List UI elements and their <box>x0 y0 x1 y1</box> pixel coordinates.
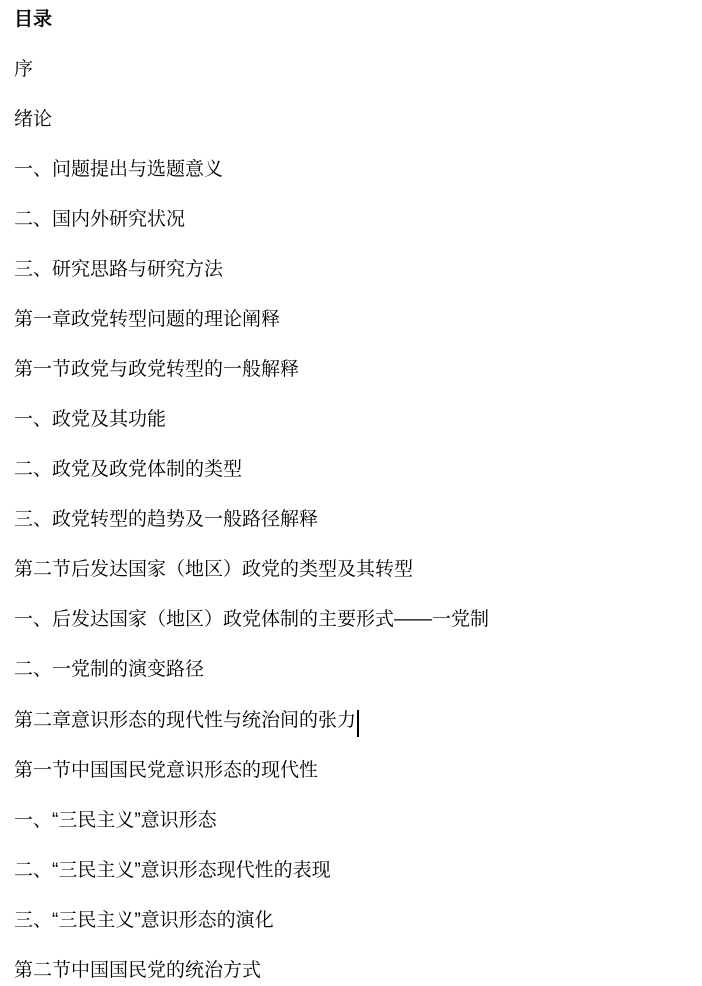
toc-entry-ch2-section-2[interactable]: 第二节中国国民党的统治方式 <box>14 958 688 984</box>
toc-entry-intro-2[interactable]: 二、国内外研究状况 <box>14 207 688 233</box>
toc-entry-text: 三、政党转型的趋势及一般路径解释 <box>14 509 318 530</box>
toc-entry-text: 二、一党制的演变路径 <box>14 659 204 680</box>
toc-entry-ch2-s1-3[interactable]: 三、“三民主义”意识形态的演化 <box>14 908 688 934</box>
toc-entry-ch1-s2-1[interactable]: 一、后发达国家（地区）政党体制的主要形式——一党制 <box>14 607 688 633</box>
toc-entry-text: 第一节政党与政党转型的一般解释 <box>14 359 299 380</box>
toc-entry-ch1-s2-2[interactable]: 二、一党制的演变路径 <box>14 657 688 683</box>
toc-entry-text: 第一章政党转型问题的理论阐释 <box>14 309 280 330</box>
toc-entry-text: 二、“三民主义”意识形态现代性的表现 <box>14 860 331 881</box>
toc-entry-chapter-1[interactable]: 第一章政党转型问题的理论阐释 <box>14 307 688 333</box>
toc-entry-ch1-section-2[interactable]: 第二节后发达国家（地区）政党的类型及其转型 <box>14 557 688 583</box>
toc-entry-introduction[interactable]: 绪论 <box>14 107 688 133</box>
toc-entry-ch1-s1-1[interactable]: 一、政党及其功能 <box>14 407 688 433</box>
toc-entry-text: 二、国内外研究状况 <box>14 209 185 230</box>
toc-entry-text: 二、政党及政党体制的类型 <box>14 459 242 480</box>
toc-entry-text: 序 <box>14 59 33 80</box>
toc-entry-text: 三、研究思路与研究方法 <box>14 259 223 280</box>
document-page[interactable]: 目录 序 绪论 一、问题提出与选题意义 二、国内外研究状况 三、研究思路与研究方… <box>0 0 702 986</box>
toc-entry-ch1-section-1[interactable]: 第一节政党与政党转型的一般解释 <box>14 357 688 383</box>
toc-heading-text: 目录 <box>14 9 52 30</box>
toc-entry-text: 一、问题提出与选题意义 <box>14 159 223 180</box>
toc-entry-ch2-section-1[interactable]: 第一节中国国民党意识形态的现代性 <box>14 758 688 784</box>
toc-entry-ch1-s1-3[interactable]: 三、政党转型的趋势及一般路径解释 <box>14 507 688 533</box>
toc-entry-chapter-2[interactable]: 第二章意识形态的现代性与统治间的张力 <box>14 707 688 734</box>
toc-entry-text: 第二节后发达国家（地区）政党的类型及其转型 <box>14 559 413 580</box>
toc-entry-intro-3[interactable]: 三、研究思路与研究方法 <box>14 257 688 283</box>
toc-entry-ch1-s1-2[interactable]: 二、政党及政党体制的类型 <box>14 457 688 483</box>
toc-entry-preface[interactable]: 序 <box>14 57 688 83</box>
toc-entry-text: 一、政党及其功能 <box>14 409 166 430</box>
toc-entry-ch2-s1-1[interactable]: 一、“三民主义”意识形态 <box>14 808 688 834</box>
text-cursor <box>357 710 359 737</box>
toc-entry-text: 第二章意识形态的现代性与统治间的张力 <box>14 710 356 731</box>
toc-entry-text: 第二节中国国民党的统治方式 <box>14 960 261 981</box>
toc-entry-text: 一、“三民主义”意识形态 <box>14 810 217 831</box>
toc-entry-intro-1[interactable]: 一、问题提出与选题意义 <box>14 157 688 183</box>
toc-entry-text: 三、“三民主义”意识形态的演化 <box>14 910 274 931</box>
toc-entry-text: 绪论 <box>14 109 52 130</box>
toc-entry-ch2-s1-2[interactable]: 二、“三民主义”意识形态现代性的表现 <box>14 858 688 884</box>
toc-entry-text: 第一节中国国民党意识形态的现代性 <box>14 760 318 781</box>
toc-entry-text: 一、后发达国家（地区）政党体制的主要形式——一党制 <box>14 609 489 630</box>
toc-heading[interactable]: 目录 <box>14 7 688 33</box>
